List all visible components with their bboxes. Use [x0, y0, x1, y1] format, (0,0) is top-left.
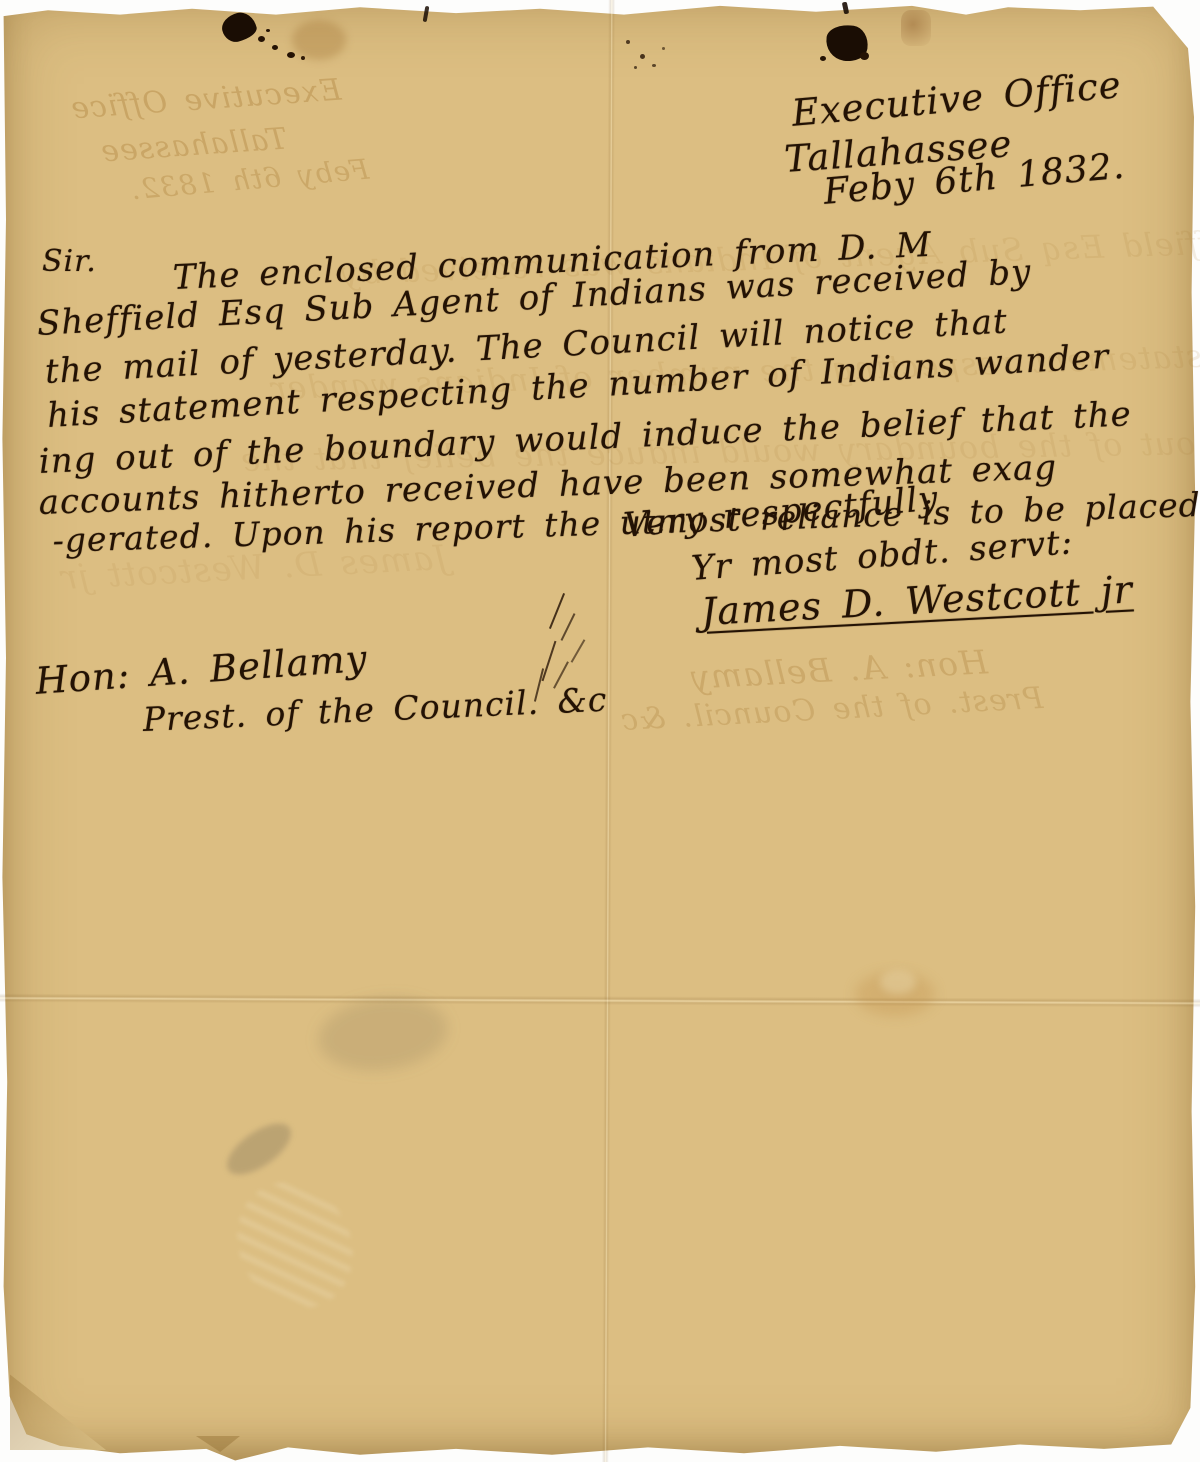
- ink-speck: [272, 45, 278, 50]
- salutation: Sir.: [42, 244, 97, 279]
- ink-speck: [266, 29, 270, 32]
- ink-mark: [842, 2, 849, 15]
- ink-speck: [662, 47, 665, 50]
- scanned-letter-page: Executive Office Tallahassee Feby 6th 18…: [0, 0, 1200, 1462]
- ink-speck: [640, 54, 645, 59]
- light-patch: [880, 970, 916, 994]
- ink-speck: [820, 56, 826, 61]
- ink-speck: [258, 36, 265, 42]
- ink-speck: [287, 52, 295, 58]
- ink-speck: [860, 52, 869, 60]
- ink-speck: [652, 64, 656, 67]
- ink-stain-faded: [292, 20, 346, 60]
- ink-speck: [634, 66, 637, 69]
- ink-speck: [626, 40, 630, 44]
- faded-stamp-mark: [901, 10, 931, 46]
